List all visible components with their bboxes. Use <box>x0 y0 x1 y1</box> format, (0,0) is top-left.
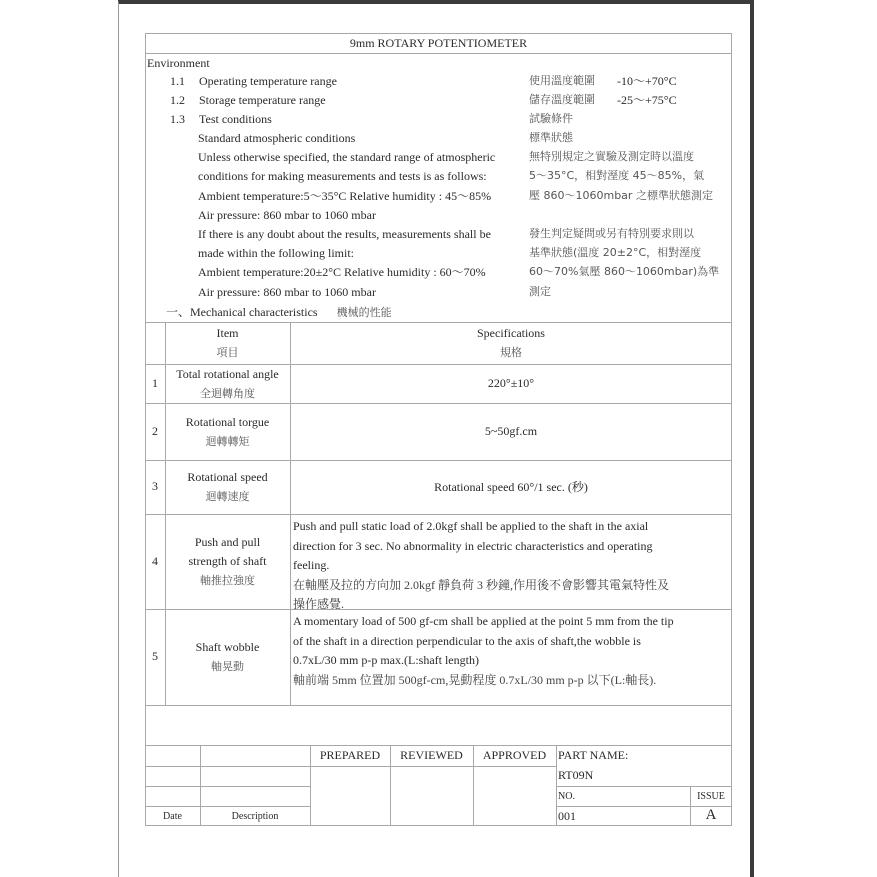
reviewed-label: REVIEWED <box>390 746 473 765</box>
row-number: 4 <box>148 554 162 569</box>
test-condition-line: Ambient temperature:20±2°C Relative humi… <box>198 264 486 280</box>
env-item-cjk: 使用溫度範圍 <box>529 73 595 89</box>
row-item-cjk: 迴轉速度 <box>206 487 250 506</box>
header-item-cjk: 項目 <box>217 343 239 362</box>
header-item: Item項目 <box>165 322 290 364</box>
row-item-cjk: 全迴轉角度 <box>200 384 255 403</box>
row-number: 3 <box>148 479 162 494</box>
test-condition-line: Air pressure: 860 mbar to 1060 mbar <box>198 284 376 300</box>
row-item: Rotational speed迴轉速度 <box>165 460 290 514</box>
row-item-en: Shaft wobble <box>196 638 260 657</box>
env-item-number: 1.2 <box>170 92 185 108</box>
row-spec: Push and pull static load of 2.0kgf shal… <box>293 517 669 615</box>
test-condition-cjk: 測定 <box>529 284 551 300</box>
header-item-en: Item <box>217 324 239 343</box>
row-item-cjk: 軸晃動 <box>211 657 244 676</box>
title-block-rule <box>145 766 310 767</box>
env-item-label: Test conditions <box>199 111 272 127</box>
issue-label: ISSUE <box>690 787 732 806</box>
row-item-en: Rotational torgue <box>186 413 269 432</box>
row-number: 2 <box>148 424 162 439</box>
test-condition-line: made within the following limit: <box>198 245 354 261</box>
row-item: Shaft wobble軸晃動 <box>165 609 290 705</box>
row-item: Push and pullstrength of shaft軸推拉強度 <box>165 514 290 609</box>
header-spec-en: Specifications <box>477 324 545 343</box>
env-item-number: 1.3 <box>170 111 185 127</box>
row-spec: 5~50gf.cm <box>290 403 732 460</box>
test-condition-cjk: 發生判定疑問或另有特別要求則以 <box>529 226 694 242</box>
env-item-value: -25～+75°C <box>617 92 677 108</box>
row-spec: 220°±10° <box>290 364 732 403</box>
test-condition-line: Ambient temperature:5～35°C Relative humi… <box>198 188 491 204</box>
test-condition-cjk: 標準狀態 <box>529 130 573 146</box>
spec-line: 0.7xL/30 mm p-p max.(L:shaft length) <box>293 651 674 671</box>
spec-line: feeling. <box>293 556 669 576</box>
test-condition-cjk: 無特別規定之實驗及測定時以溫度 <box>529 149 694 165</box>
test-condition-line: Air pressure: 860 mbar to 1060 mbar <box>198 207 376 223</box>
env-item-cjk: 試驗條件 <box>529 111 573 127</box>
row-item: Total rotational angle全迴轉角度 <box>165 364 290 403</box>
part-name-value: RT09N <box>558 766 593 785</box>
env-item-number: 1.1 <box>170 73 185 89</box>
row-spec: Rotational speed 60°/1 sec. (秒) <box>290 460 732 514</box>
test-condition-cjk: 60～70%氣壓 860～1060mbar)為準 <box>529 264 719 280</box>
env-item-value: -10～+70°C <box>617 73 677 89</box>
row-number: 5 <box>148 649 162 664</box>
spec-line: Push and pull static load of 2.0kgf shal… <box>293 517 669 537</box>
no-label: NO. <box>558 787 575 806</box>
header-spec-cjk: 規格 <box>500 343 522 362</box>
test-condition-cjk: 基準狀態(溫度 20±2°C，相對溼度 <box>529 245 701 261</box>
no-value: 001 <box>558 807 576 826</box>
test-condition-cjk: 5～35°C，相對溼度 45～85%，氣 <box>529 168 704 184</box>
env-item-label: Storage temperature range <box>199 92 326 108</box>
test-condition-line: Standard atmospheric conditions <box>198 130 355 146</box>
test-condition-line: Unless otherwise specified, the standard… <box>198 149 495 165</box>
description-label: Description <box>200 807 310 826</box>
spec-line: A momentary load of 500 gf-cm shall be a… <box>293 612 674 632</box>
spec-line: direction for 3 sec. No abnormality in e… <box>293 537 669 557</box>
section-environment: Environment <box>147 55 210 71</box>
approved-label: APPROVED <box>473 746 556 765</box>
row-item-en: Push and pull <box>195 533 260 552</box>
row-item-cjk: 迴轉轉矩 <box>206 432 250 451</box>
section-mechanical: 一、Mechanical characteristics 機械的性能 <box>166 304 392 321</box>
env-item-cjk: 儲存溫度範圍 <box>529 92 595 108</box>
test-condition-line: If there is any doubt about the results,… <box>198 226 491 242</box>
env-item-label: Operating temperature range <box>199 73 337 89</box>
header-spec: Specifications規格 <box>290 322 732 364</box>
spec-line: 軸前端 5mm 位置加 500gf-cm,晃動程度 0.7xL/30 mm p-… <box>293 671 674 691</box>
row-item-en: Total rotational angle <box>176 365 278 384</box>
row-item: Rotational torgue迴轉轉矩 <box>165 403 290 460</box>
spec-line: of the shaft in a direction perpendicula… <box>293 632 674 652</box>
test-condition-cjk: 壓 860～1060mbar 之標準狀態測定 <box>529 188 713 204</box>
document-title: 9mm ROTARY POTENTIOMETER <box>145 33 732 54</box>
title-block-rule <box>556 745 557 826</box>
row-item-cjk: 軸推拉強度 <box>200 571 255 590</box>
part-name-label: PART NAME: <box>558 746 628 765</box>
row-item-en: strength of shaft <box>189 552 267 571</box>
prepared-label: PREPARED <box>310 746 390 765</box>
title-block-rule <box>145 786 310 787</box>
test-condition-line: conditions for making measurements and t… <box>198 168 487 184</box>
spec-line: 在軸壓及拉的方向加 2.0kgf 靜負荷 3 秒鐘,作用後不會影響其電氣特性及 <box>293 576 669 596</box>
table-rule <box>145 705 732 706</box>
row-item-en: Rotational speed <box>187 468 267 487</box>
row-number: 1 <box>148 376 162 391</box>
issue-value: A <box>690 806 732 825</box>
title-block-rule <box>310 766 556 767</box>
date-label: Date <box>145 807 200 826</box>
row-spec: A momentary load of 500 gf-cm shall be a… <box>293 612 674 690</box>
